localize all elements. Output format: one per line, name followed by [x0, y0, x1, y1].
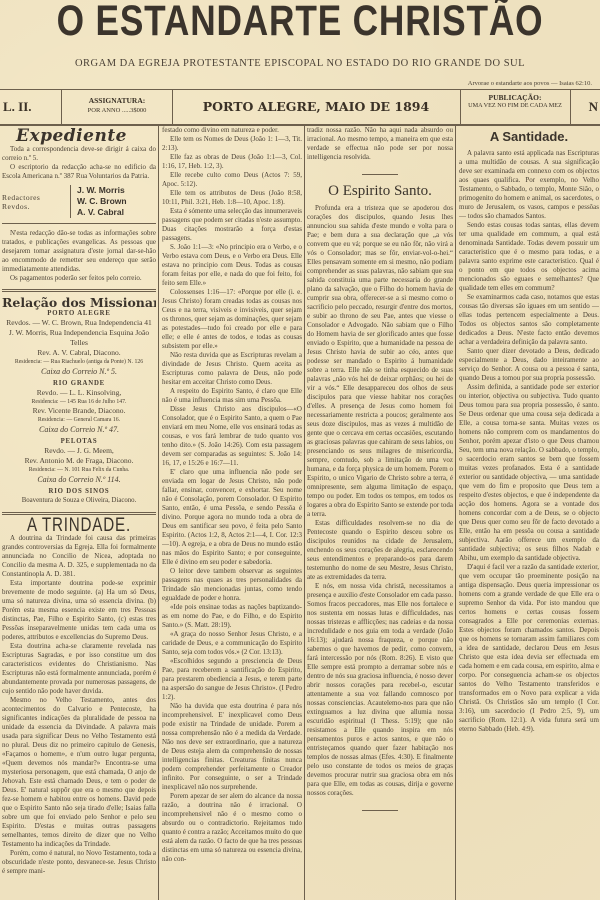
article-paragraph: «A graça do nosso Senhor Jesus Christo, …: [162, 630, 302, 657]
newspaper-page: O ESTANDARTE CHRISTÃO ORGAM DA EGREJA PR…: [0, 0, 600, 900]
article-paragraph: A palavra santo está applicada nas Escri…: [459, 149, 599, 221]
editor-name: W. C. Brown: [77, 196, 127, 207]
directory-address: Residencia: — 145 Rua 16 de Julho 147.: [2, 398, 156, 406]
article-paragraph: Santo quer dizer devotado a Deus, dedica…: [459, 347, 599, 383]
article-paragraph: A doutrina da Trindade foi causa das pri…: [2, 534, 156, 579]
issue-number: N: [570, 90, 600, 124]
masthead-subtitle: ORGAM DA EGREJA PROTESTANTE EPISCOPAL NO…: [0, 58, 600, 69]
article-paragraph: Porém, como é natural, no Novo Testament…: [2, 849, 156, 876]
subscription-box: ASSIGNATURA: POR ANNO .....3$000: [62, 90, 173, 124]
masthead-motto: Arvorae o estandarte aos povos — Isaias …: [468, 80, 592, 87]
column-divider: [455, 126, 456, 900]
column-divider: [158, 126, 159, 900]
article-paragraph: Esta é sómente uma selecção das innumera…: [162, 207, 302, 243]
column-2: festado como divino em natureza e poder.…: [162, 126, 302, 900]
column-divider: [304, 126, 305, 900]
po-box: Caixa do Correio N.º 114.: [2, 474, 156, 485]
directory-line: J. W. Morris, Rua Independencia Esquina …: [2, 328, 156, 348]
directory-address: Residencia: — N. 101 Rua Felix da Cunha.: [2, 466, 156, 474]
divider: [2, 289, 156, 292]
directory-line: Revdos. — W. C. Brown, Rua Independencia…: [2, 318, 156, 328]
directory-line: Rev. A. V. Cabral, Diacono.: [2, 348, 156, 358]
article-paragraph: tradiz nossa razão. Não ha aqui nada abs…: [307, 126, 453, 162]
trindade-title: A TRINDADE.: [17, 521, 140, 530]
editors-label: Redactores Revdos.: [2, 193, 70, 211]
expediente-paragraph: O escriptorio da redacção acha-se no edi…: [2, 163, 156, 181]
article-paragraph: «Ide pois ensinae todas as nações baptiz…: [162, 603, 302, 630]
expediente-paragraph: Toda a correspondencia deve-se dirigir á…: [2, 145, 156, 163]
po-box: Caixa do Correio N.º 5.: [2, 366, 156, 377]
masthead-title: O ESTANDARTE CHRISTÃO: [54, 0, 546, 42]
article-paragraph: Elle recebe culto como Deus (Actos 7: 59…: [162, 171, 302, 189]
article-paragraph: festado como divino em natureza e poder.: [162, 126, 302, 135]
article-paragraph: Colossenses 1:16—17: «Porque por elle (i…: [162, 288, 302, 351]
santidade-title: A Santidade.: [459, 132, 599, 141]
article-paragraph: Sendo estas cousas todas santas, ellas d…: [459, 221, 599, 293]
editor-name: J. W. Morris: [77, 185, 127, 196]
article-paragraph: A respeito do Espirito Santo, é claro qu…: [162, 387, 302, 405]
article-paragraph: Se examinarmos cada caso, notamos que es…: [459, 293, 599, 347]
article-paragraph: «Escolhidos segundo a presciencia de Deu…: [162, 657, 302, 702]
article-paragraph: Elle faz as obras de Deus (João 1:1—3, C…: [162, 153, 302, 171]
info-bar: L. II. ASSIGNATURA: POR ANNO .....3$000 …: [0, 89, 600, 126]
article-paragraph: Esta importante doutrina pode-se exprimi…: [2, 579, 156, 642]
article-paragraph: Mesmo no Velho Testamento, antes dos aco…: [2, 696, 156, 849]
publication-title: PUBLICAÇÃO:: [460, 93, 570, 102]
dateline: PORTO ALEGRE, MAIO DE 1894: [172, 90, 461, 124]
article-paragraph: S. João 1:1—3: «No principio era o Verbo…: [162, 243, 302, 288]
editors-list: J. W. Morris W. C. Brown A. V. Cabral: [70, 185, 127, 218]
article-paragraph: Porem apezar de ser alem do alcance da n…: [162, 792, 302, 864]
article-paragraph: Esta doutrina acha-se claramente revelad…: [2, 642, 156, 696]
subscription-price: POR ANNO .....3$000: [62, 107, 172, 114]
city-heading: PORTO ALEGRE: [2, 309, 156, 318]
editor-name: A. V. Cabral: [77, 207, 127, 218]
espirito-santo-title: O Espirito Santo.: [307, 187, 453, 196]
article-paragraph: Disse Jesus Christo aos discipulos—«O Co…: [162, 405, 302, 468]
column-3: tradiz nossa razão. Não ha aqui nada abs…: [307, 126, 453, 900]
article-paragraph: Profunda era a tristeza que se apoderou …: [307, 204, 453, 519]
article-paragraph: Assim definida, a santidade pode ser ext…: [459, 383, 599, 563]
column-1: Expediente Toda a correspondencia deve-s…: [2, 126, 156, 900]
directory-line: Boaventura de Souza e Oliveira, Diacono.: [2, 496, 156, 506]
directory-address: Residencia: — Rua Riachuelo (antiga da P…: [2, 358, 156, 366]
directory-line: Revdo. — J. G. Meem,: [2, 446, 156, 456]
column-4: A Santidade. A palavra santo está applic…: [459, 126, 599, 900]
article-paragraph: E' claro que uma influencia não pode ser…: [162, 468, 302, 567]
divider: [362, 810, 398, 811]
article-paragraph: E nós, em nossa vida christã, necessitam…: [307, 582, 453, 798]
expediente-title: Expediente: [2, 132, 156, 141]
directory-line: Rev. Antonio M. de Fraga, Diacono.: [2, 456, 156, 466]
city-heading: PELOTAS: [2, 437, 156, 446]
article-paragraph: Não resta duvida que as Escripturas reve…: [162, 351, 302, 387]
po-box: Caixa do Correio N.º 47.: [2, 424, 156, 435]
divider: [2, 223, 156, 224]
missionaries-title: Relação dos Missionarios: [2, 298, 156, 307]
article-paragraph: D'aqui é facil ver a razão da santidade …: [459, 563, 599, 734]
expediente-paragraph: N'esta redacção dão-se todas as informaç…: [2, 229, 156, 274]
directory-address: Residencia: — General Camara 16.: [2, 416, 156, 424]
publication-text: UMA VEZ NO FIM DE CADA MEZ: [460, 102, 570, 110]
city-heading: RIO GRANDE: [2, 379, 156, 388]
directory-line: Rev. Vicente Brande, Diacono.: [2, 406, 156, 416]
article-paragraph: Elle tem os Nomes de Deus (João 1: 1—3, …: [162, 135, 302, 153]
divider: [362, 174, 398, 175]
article-paragraph: Elle tem os attributos de Deus (João 8:5…: [162, 189, 302, 207]
article-paragraph: O leitor deve tambem observar as seguint…: [162, 567, 302, 603]
city-heading: RIO DOS SINOS: [2, 487, 156, 496]
publication-box: PUBLICAÇÃO: UMA VEZ NO FIM DE CADA MEZ: [460, 90, 571, 124]
directory-line: Revdo. — L. L. Kinsolving,: [2, 388, 156, 398]
expediente-paragraph: Os pagamentos poderão ser feitos pelo co…: [2, 274, 156, 283]
subscription-title: ASSIGNATURA:: [62, 96, 172, 105]
editors-block: Redactores Revdos. J. W. Morris W. C. Br…: [2, 185, 156, 218]
article-paragraph: Estas difficuldades resolvem-se no dia d…: [307, 519, 453, 582]
article-paragraph: Não ha duvida que esta doutrina é para n…: [162, 702, 302, 792]
volume-label: L. II.: [0, 90, 62, 124]
